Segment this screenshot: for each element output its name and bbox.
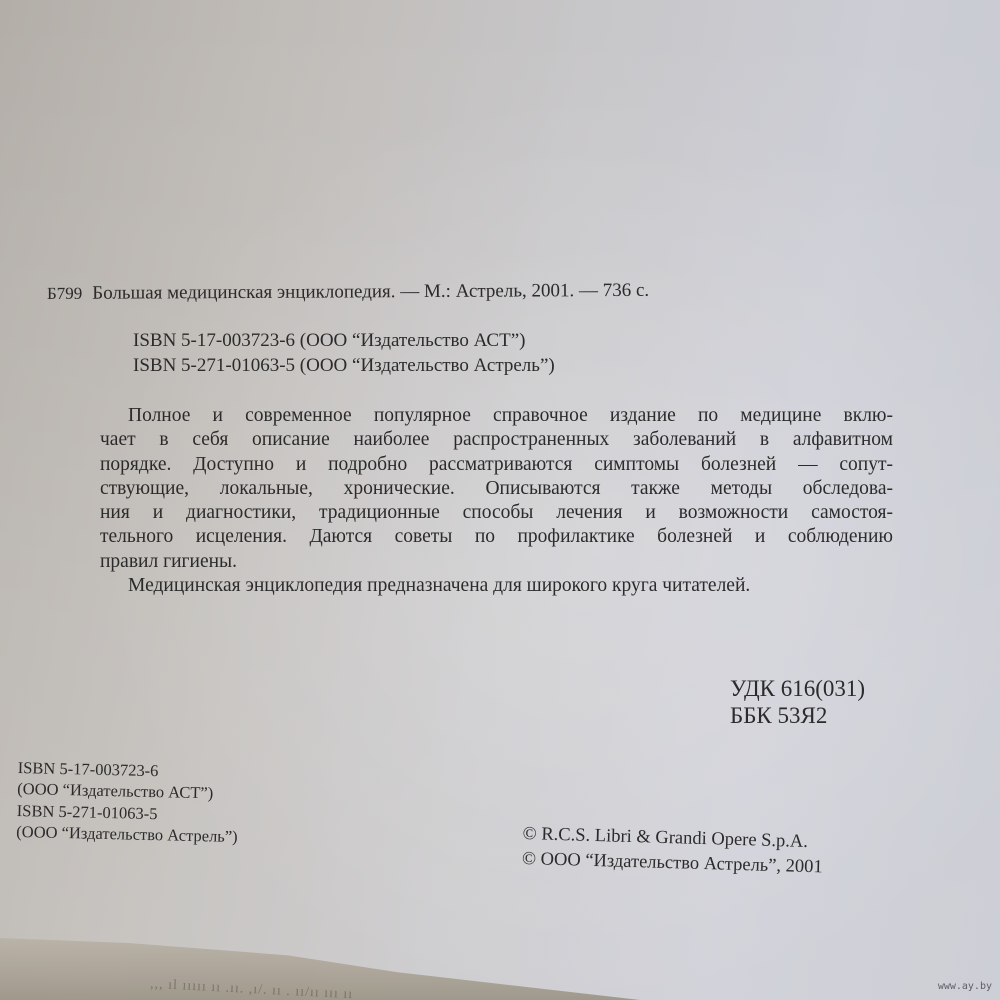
watermark: www.ay.by <box>938 981 992 992</box>
underlying-page-edge: ,,, ıl ııııı ıı .ıı. ,ı/. ıı . ıı/ıı ııı… <box>0 938 640 1000</box>
annotation-line: правил гигиены. <box>100 550 893 574</box>
book-imprint-page: Б799Большая медицинская энциклопедия. — … <box>0 0 1000 1000</box>
udk-code: УДК 616(031) <box>730 675 865 702</box>
annotation-line: порядке. Доступно и подробно рассматрива… <box>100 453 893 477</box>
annotation-line: ствующие, локальные, хронические. Описыв… <box>100 477 893 501</box>
annotation-line: ния и диагностики, традиционные способы … <box>100 501 893 525</box>
annotation-line: Полное и современное популярное справочн… <box>100 404 893 428</box>
bibliographic-header: Б799Большая медицинская энциклопедия. — … <box>47 281 649 303</box>
isbn-footer-line: (ООО “Издательство Астрель”) <box>16 821 238 847</box>
isbn-footer-block: ISBN 5-17-003723-6 (ООО “Издательство АС… <box>16 757 239 847</box>
bbk-code: ББК 53Я2 <box>730 702 865 729</box>
copyright-block: © R.C.S. Libri & Grandi Opere S.p.A. © О… <box>522 822 824 880</box>
classification-block: УДК 616(031) ББК 53Я2 <box>730 675 865 729</box>
annotation-paragraph: Полное и современное популярное справочн… <box>100 404 893 598</box>
annotation-line: тельного исцеления. Даются советы по про… <box>100 525 893 549</box>
isbn-line-ast: ISBN 5-17-003723-6 (ООО “Издательство АС… <box>133 331 525 350</box>
bibliographic-entry: Большая медицинская энциклопедия. — М.: … <box>92 280 649 304</box>
annotation-closing: Медицинская энциклопедия предназначена д… <box>100 574 893 598</box>
isbn-line-astrel: ISBN 5-271-01063-5 (ООО “Издательство Ас… <box>133 356 555 375</box>
catalog-code: Б799 <box>47 284 82 303</box>
annotation-line: чает в себя описание наиболее распростра… <box>100 428 893 452</box>
faded-text-decoration: ,,, ıl ııııı ıı .ıı. ,ı/. ıı . ıı/ıı ııı… <box>150 977 354 1000</box>
